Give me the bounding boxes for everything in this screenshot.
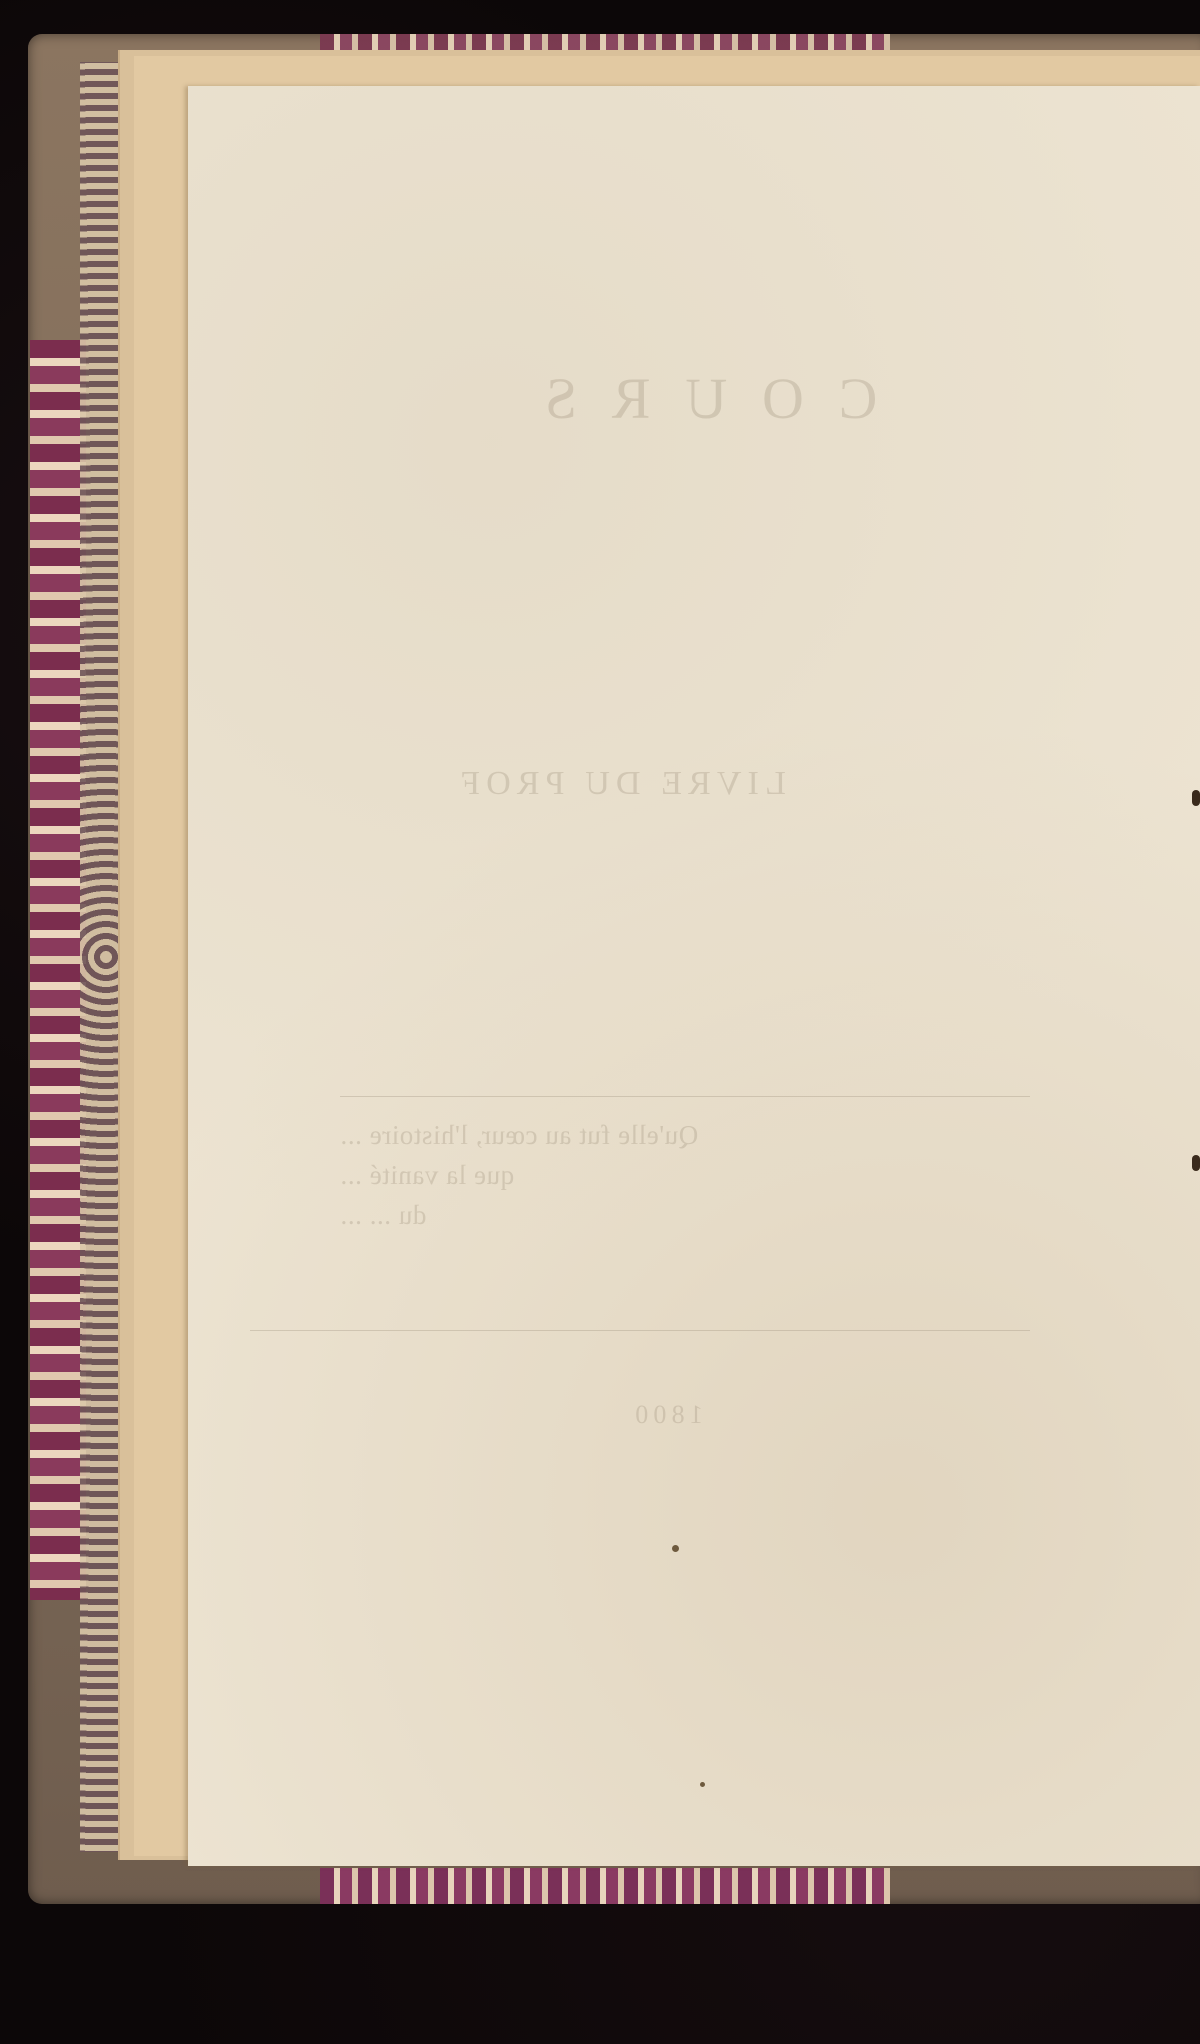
- show-through-epigraph: Qu'elle fut au cœur, l'histoire ... que …: [340, 1115, 1040, 1235]
- marbled-paper-left: [30, 340, 86, 1600]
- foxing-spot: [700, 1782, 705, 1787]
- epigraph-line: que la vanité ...: [340, 1155, 1040, 1195]
- foxing-spot: [672, 1545, 679, 1552]
- epigraph-line: Qu'elle fut au cœur, l'histoire ...: [340, 1115, 1040, 1155]
- marbled-paper-bottom: [320, 1868, 890, 1904]
- show-through-subtitle: LIVRE DU PROF: [455, 765, 786, 803]
- show-through-rule-top: [340, 1096, 1030, 1097]
- page-edge-mark: [1192, 790, 1200, 806]
- show-through-rule-bottom: [250, 1330, 1030, 1331]
- page-edge-mark: [1192, 1155, 1200, 1171]
- blank-page: [188, 86, 1200, 1866]
- show-through-year: 1800: [630, 1400, 703, 1430]
- show-through-title: COURS: [510, 365, 877, 432]
- epigraph-line: du ... ...: [340, 1195, 1040, 1235]
